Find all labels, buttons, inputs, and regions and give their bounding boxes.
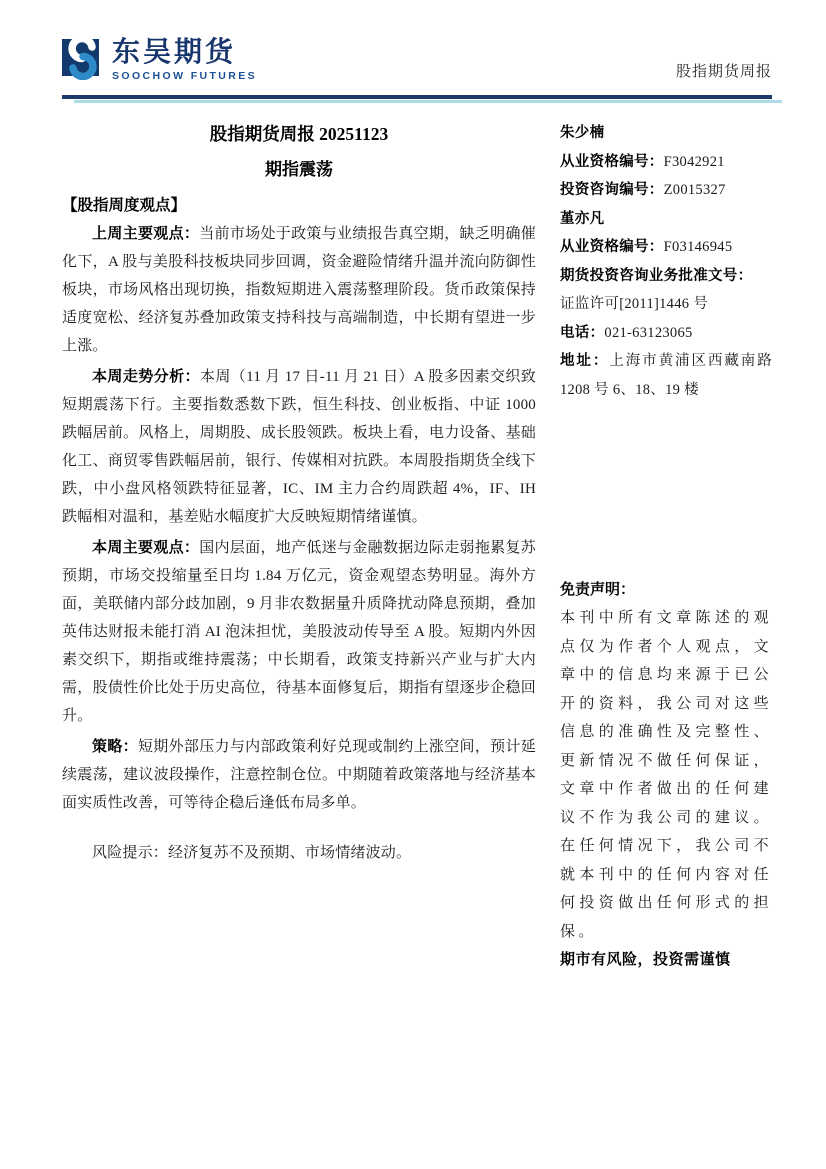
disclaimer-heading: 免责声明： — [560, 576, 772, 604]
author-credential: 从业资格编号：F03146945 — [560, 233, 772, 262]
main-column: 股指期货周报 20251123 期指震荡 【股指周度观点】 上周主要观点：当前市… — [62, 117, 536, 975]
author-credential: 从业资格编号：F3042921 — [560, 148, 772, 177]
content-columns: 股指期货周报 20251123 期指震荡 【股指周度观点】 上周主要观点：当前市… — [62, 117, 772, 975]
credential-value: F3042921 — [664, 154, 725, 170]
header-divider — [62, 95, 772, 103]
sidebar-column: 朱少楠 从业资格编号：F3042921 投资咨询编号：Z0015327 堇亦凡 … — [560, 117, 772, 975]
address-line: 地址：上海市黄浦区西藏南路 1208 号 6、18、19 楼 — [560, 347, 772, 404]
paragraph-text: 国内层面，地产低迷与金融数据边际走弱拖累复苏预期，市场交投缩量至日均 1.84 … — [62, 540, 536, 724]
market-risk-warning: 期市有风险，投资需谨慎 — [560, 946, 772, 975]
paragraph-week-trend-analysis: 本周走势分析：本周（11 月 17 日-11 月 21 日）A 股多因素交织致短… — [62, 363, 536, 531]
soochow-futures-logo: 东吴期货 SOOCHOW FUTURES — [62, 36, 257, 85]
logo-chinese-name: 东吴期货 — [112, 36, 257, 70]
author-name: 朱少楠 — [560, 119, 772, 148]
phone-line: 电话：021-63123065 — [560, 319, 772, 348]
paragraph-last-week-view: 上周主要观点：当前市场处于政策与业绩报告真空期，缺乏明确催化下，A 股与美股科技… — [62, 220, 536, 360]
credential-label: 投资咨询编号： — [560, 182, 664, 198]
logo-wordmark: 东吴期货 SOOCHOW FUTURES — [112, 36, 257, 83]
paragraph-lead: 本周走势分析： — [92, 369, 200, 385]
phone-value: 021-63123065 — [604, 325, 692, 341]
paragraph-lead: 本周主要观点： — [92, 540, 199, 556]
credential-label: 从业资格编号： — [560, 154, 664, 170]
logo-english-name: SOOCHOW FUTURES — [112, 70, 257, 83]
paragraph-text: 本周（11 月 17 日-11 月 21 日）A 股多因素交织致短期震荡下行。主… — [62, 369, 536, 525]
paragraph-text: 当前市场处于政策与业绩报告真空期，缺乏明确催化下，A 股与美股科技板块同步回调，… — [62, 226, 536, 354]
report-subtitle: 期指震荡 — [62, 158, 536, 182]
report-page: 东吴期货 SOOCHOW FUTURES 股指期货周报 股指期货周报 20251… — [0, 0, 826, 1169]
page-header: 东吴期货 SOOCHOW FUTURES 股指期货周报 — [62, 36, 772, 85]
header-divider-navy-line — [62, 95, 772, 99]
risk-note: 风险提示：经济复苏不及预期、市场情绪波动。 — [62, 839, 536, 867]
license-value: 证监许可[2011]1446 号 — [560, 290, 772, 319]
soochow-logo-icon — [62, 36, 104, 85]
paragraph-lead: 策略： — [92, 739, 138, 755]
address-label: 地址： — [560, 353, 609, 369]
sidebar-spacer — [560, 404, 772, 576]
header-report-type: 股指期货周报 — [676, 61, 772, 85]
report-title: 股指期货周报 20251123 — [62, 121, 536, 147]
paragraph-strategy: 策略：短期外部压力与内部政策利好兑现或制约上涨空间，预计延续震荡，建议波段操作，… — [62, 733, 536, 817]
credential-label: 从业资格编号： — [560, 239, 664, 255]
credential-value: F03146945 — [664, 239, 733, 255]
section-heading-weekly-view: 【股指周度观点】 — [62, 195, 536, 217]
credential-value: Z0015327 — [664, 182, 726, 198]
paragraph-this-week-view: 本周主要观点：国内层面，地产低迷与金融数据边际走弱拖累复苏预期，市场交投缩量至日… — [62, 534, 536, 730]
phone-label: 电话： — [560, 325, 604, 341]
author-name: 堇亦凡 — [560, 205, 772, 234]
paragraph-lead: 上周主要观点： — [92, 226, 199, 242]
author-credential: 投资咨询编号：Z0015327 — [560, 176, 772, 205]
disclaimer-body: 本刊中所有文章陈述的观点仅为作者个人观点，文章中的信息均来源于已公开的资料，我公… — [560, 604, 772, 946]
license-label: 期货投资咨询业务批准文号： — [560, 262, 772, 291]
header-divider-cyan-line — [74, 100, 782, 103]
